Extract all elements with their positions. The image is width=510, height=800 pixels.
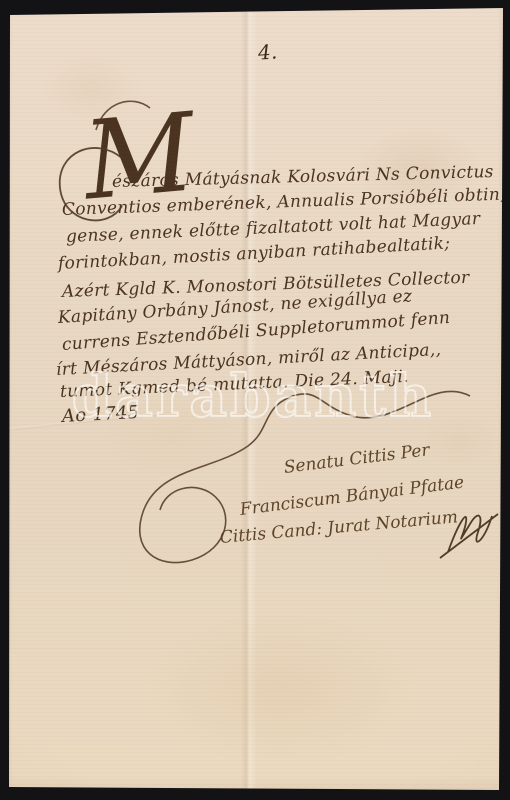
manuscript-paper: 4. M észáros Mátyásnak Kolosvári Ns Conv… [0, 0, 510, 800]
page-number: 4. [257, 39, 278, 64]
signature-line-1: Senatu Cittis Per [283, 440, 431, 478]
fold-crease-horizontal-bottom [10, 648, 500, 650]
text-line-year: Ao 1745 [61, 402, 139, 427]
photo-background: 4. M észáros Mátyásnak Kolosvári Ns Conv… [0, 0, 510, 800]
